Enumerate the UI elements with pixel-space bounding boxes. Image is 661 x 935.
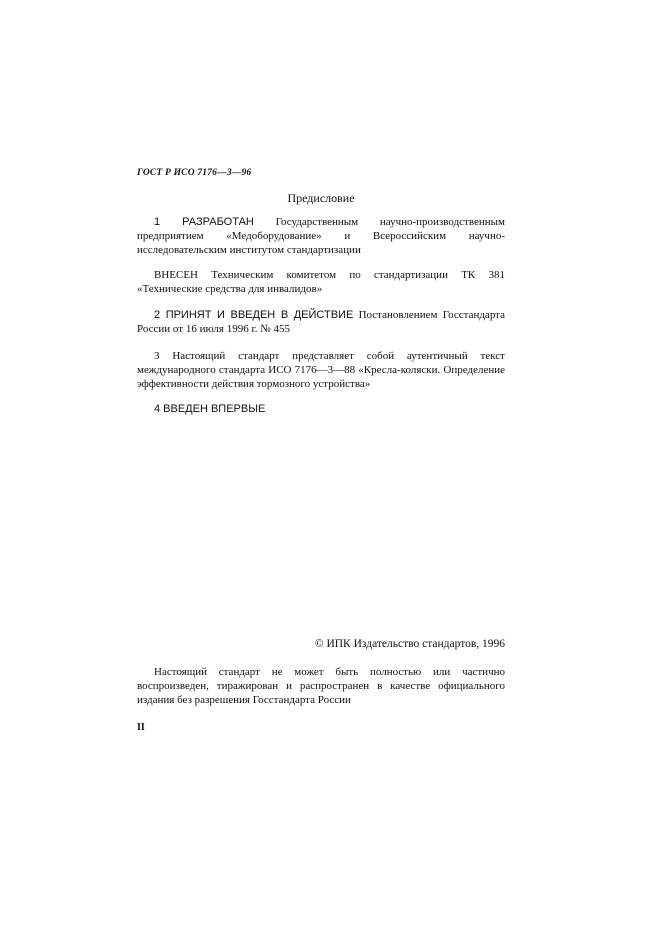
paragraph-lead: 2 ПРИНЯТ И ВВЕДЕН В ДЕЙСТВИЕ (154, 309, 353, 321)
paragraph-lead: 4 ВВЕДЕН ВПЕРВЫЕ (154, 403, 265, 415)
paragraph-first-introduced: 4 ВВЕДЕН ВПЕРВЫЕ (137, 402, 505, 416)
section-title: Предисловие (137, 191, 505, 206)
reproduction-notice: Настоящий стандарт не может быть полност… (137, 665, 505, 707)
document-page: ГОСТ Р ИСО 7176—3—96 Предисловие 1 РАЗРА… (137, 0, 505, 935)
document-code-header: ГОСТ Р ИСО 7176—3—96 (137, 168, 251, 178)
paragraph-authentic-text: 3 Настоящий стандарт представляет собой … (137, 349, 505, 391)
paragraph-lead: ВНЕСЕН (154, 269, 198, 281)
paragraph-lead: 1 РАЗРАБОТАН (154, 216, 254, 228)
paragraph-text: 3 Настоящий стандарт представляет собой … (137, 350, 505, 390)
paragraph-introduced-by: ВНЕСЕН Техническим комитетом по стандарт… (137, 268, 505, 296)
page-number: II (137, 722, 145, 733)
paragraph-developed-by: 1 РАЗРАБОТАН Государственным научно-прои… (137, 215, 505, 257)
paragraph-adopted: 2 ПРИНЯТ И ВВЕДЕН В ДЕЙСТВИЕ Постановлен… (137, 308, 505, 336)
copyright-notice: © ИПК Издательство стандартов, 1996 (315, 638, 505, 650)
